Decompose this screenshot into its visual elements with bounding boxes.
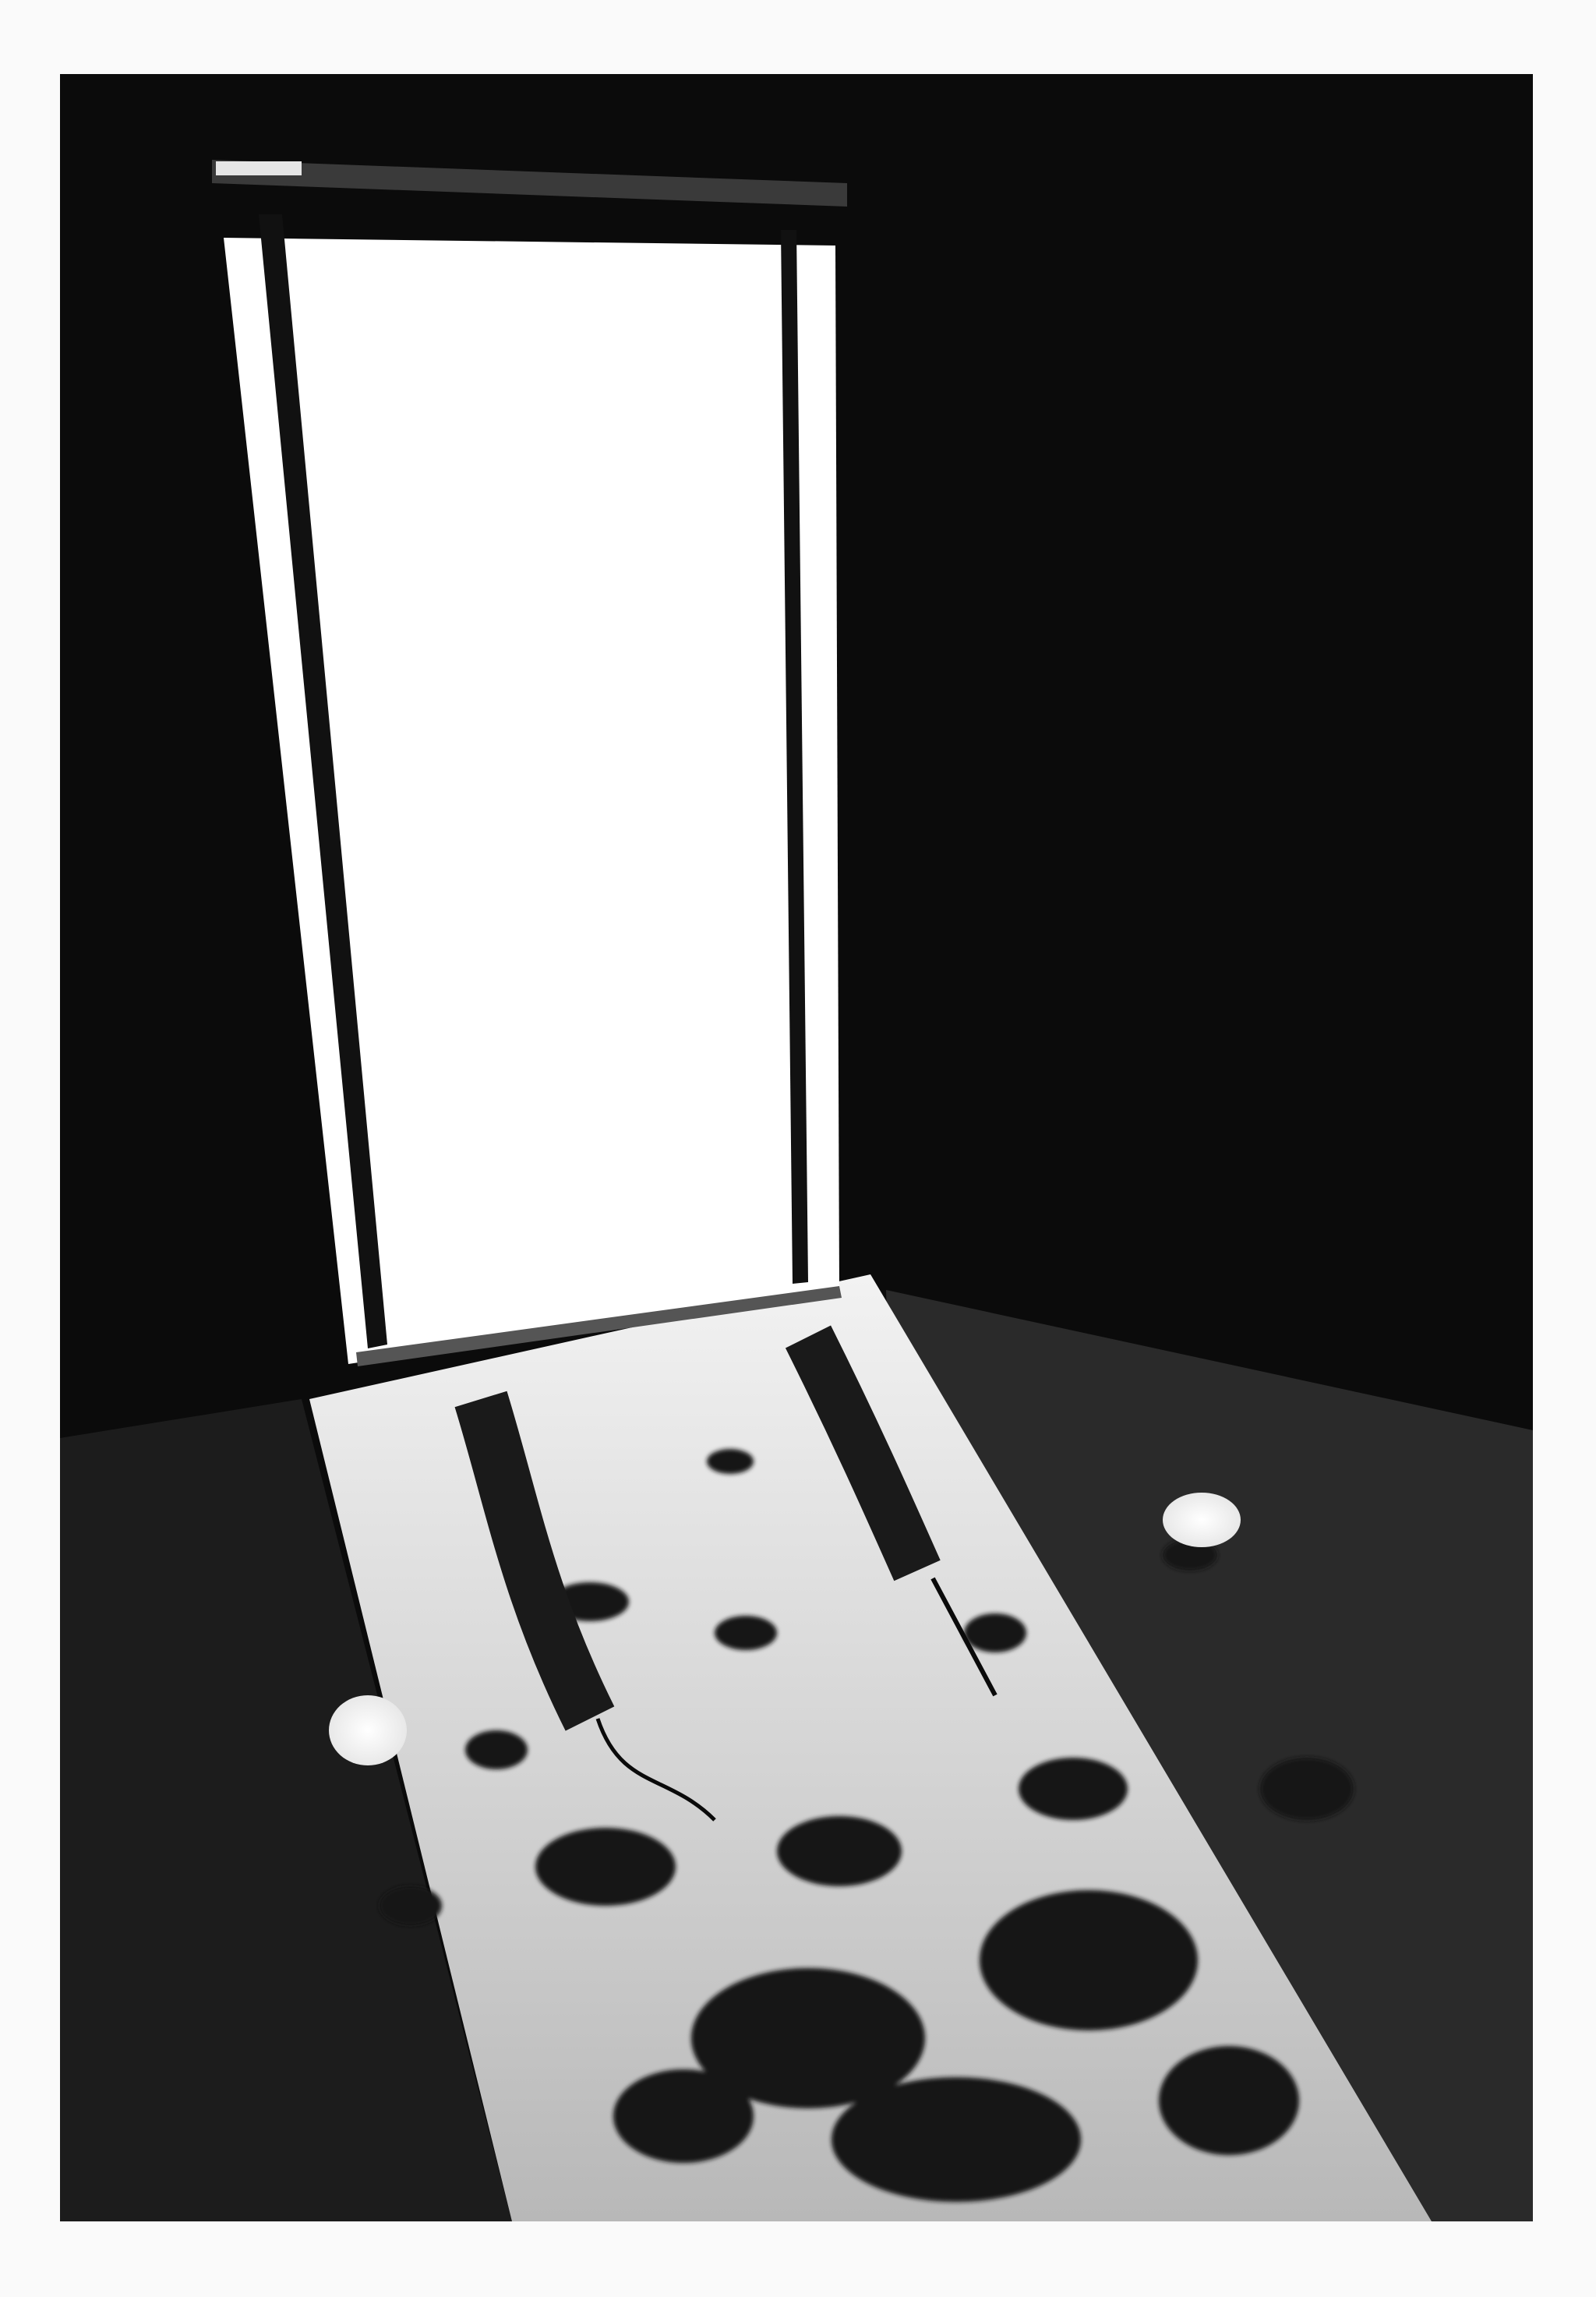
- photo-print-paper: [0, 0, 1596, 2297]
- floor-lamp-left: [329, 1695, 407, 1765]
- floor-lamp-right: [1163, 1493, 1241, 1547]
- header-highlight: [216, 161, 302, 175]
- photograph: [60, 74, 1533, 2221]
